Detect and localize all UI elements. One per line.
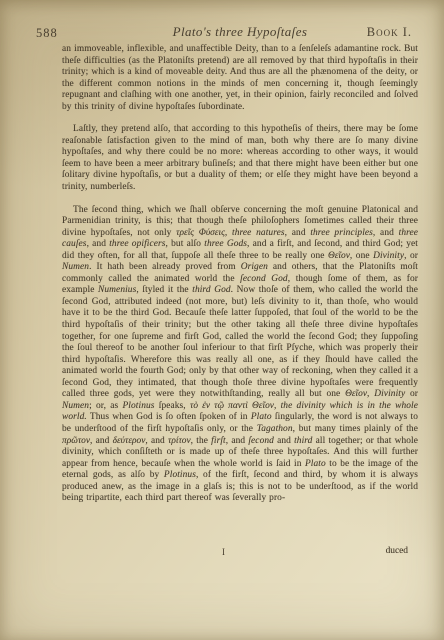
italic-text-run: third (294, 436, 312, 446)
text-run: , ſtyled it the (136, 285, 192, 295)
text-run: ſpeaks, (155, 401, 190, 411)
italic-text-run: Numen (62, 262, 89, 272)
book-page: 588 Plato's three Hypoſtaſes Book I. an … (0, 0, 444, 640)
page-header: 588 Plato's three Hypoſtaſes Book I. (0, 24, 444, 40)
greek-text-run: τρεῖς Φύσεις (176, 228, 225, 238)
text-run: , but many times plainly of the (293, 424, 418, 434)
text-run: , and (226, 436, 249, 446)
italic-text-run: Divinity (374, 389, 405, 399)
book-label: Book I. (367, 25, 412, 40)
italic-text-run: Plotinus (122, 401, 154, 411)
paragraph: Laſtly, they pretend alſo, that accordin… (62, 124, 418, 193)
text-run: , and (145, 436, 168, 446)
signature-mark: I (222, 547, 225, 557)
italic-text-run: Divinity (373, 251, 404, 261)
italic-text-run: Tagathon (257, 424, 293, 434)
italic-text-run: Origen (241, 262, 268, 272)
italic-text-run: Numen (62, 401, 89, 411)
text-run: . Now thoſe of them, who called the worl… (62, 285, 418, 399)
italic-text-run: Plato (305, 459, 326, 469)
greek-text-run: τὸ ἐν τῷ παντὶ Θεῖον (190, 401, 274, 411)
running-title: Plato's three Hypoſtaſes (62, 24, 418, 40)
catchword: duced (386, 546, 408, 556)
text-run: or (405, 389, 418, 399)
italic-text-run: Plotinus (164, 470, 196, 480)
italic-text-run: Numenius (98, 285, 136, 295)
greek-text-run: πρῶτον (62, 436, 90, 446)
italic-text-run: ſecond (248, 436, 274, 446)
text-run: , or (404, 251, 418, 261)
text-run: , but alſo (166, 239, 205, 249)
text-run: Thus when God is ſo often ſpoken of in (87, 412, 251, 422)
text-run: , one (350, 251, 373, 261)
greek-text-run: τρίτον (168, 436, 191, 446)
page-number: 588 (36, 26, 58, 41)
paragraph: an immoveable, inflexible, and unaffecti… (62, 44, 418, 113)
italic-text-run: three opificers (109, 239, 165, 249)
greek-text-run: δεύτερον (113, 436, 146, 446)
italic-text-run: Plato (251, 412, 272, 422)
text-run: and (274, 436, 294, 446)
text-run: , (274, 401, 281, 411)
italic-text-run: firſt (211, 436, 226, 446)
italic-text-run: third God (192, 285, 230, 295)
greek-text-run: Θεῖον (345, 389, 367, 399)
text-run: Laſtly, they pretend alſo, that accordin… (62, 124, 418, 192)
text-run: , and (90, 436, 113, 446)
text-run: an immoveable, inflexible, and unaffecti… (62, 44, 418, 112)
text-run: , and (285, 228, 311, 238)
italic-text-run: three principles (310, 228, 373, 238)
greek-text-run: Θεῖον (328, 251, 350, 261)
paragraph: The ſecond thing, which we ſhall obſerve… (62, 205, 418, 505)
text-run: , (225, 228, 232, 238)
italic-text-run: three natures (232, 228, 285, 238)
italic-text-run: three Gods (204, 239, 247, 249)
page-body: an immoveable, inflexible, and unaffecti… (62, 44, 418, 505)
text-run: , and (87, 239, 110, 249)
text-run: , and (373, 228, 399, 238)
text-run: . It hath been already proved from (89, 262, 241, 272)
text-run: , the (191, 436, 212, 446)
italic-text-run: ſecond God (240, 274, 288, 284)
text-run: ; or, as (89, 401, 122, 411)
